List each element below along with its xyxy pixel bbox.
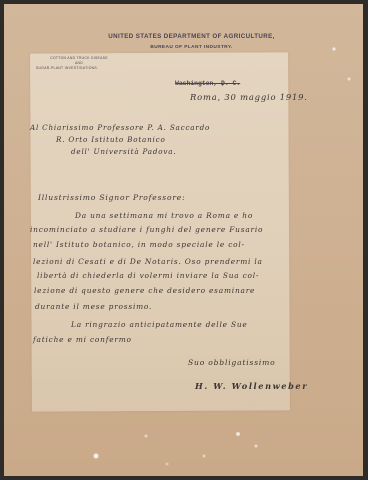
body-line: libertà di chiederla di volermi inviare … bbox=[37, 271, 259, 280]
salutation: Illustrissimo Signor Professore: bbox=[38, 193, 185, 202]
signature: H. W. Wollenweber bbox=[195, 381, 308, 391]
printed-place-comma: , bbox=[221, 80, 225, 87]
closing: Suo obbligatissimo bbox=[188, 358, 276, 367]
department-block: COTTON AND TRUCK DISEASE AND SUGAR-PLANT… bbox=[38, 56, 120, 71]
body-line: nell' Istituto botanico, in modo special… bbox=[33, 240, 245, 249]
addressee-line-3: dell' Università Padova. bbox=[71, 147, 176, 156]
printed-place-struck: Washington, D. C. bbox=[175, 80, 240, 87]
body-line: Da una settimana mi trovo a Roma e ho bbox=[75, 211, 253, 220]
body-line: lezioni di Cesati e di De Notaris. Oso p… bbox=[33, 257, 263, 266]
letterhead: UNITED STATES DEPARTMENT OF AGRICULTURE,… bbox=[0, 33, 368, 50]
letterhead-title: UNITED STATES DEPARTMENT OF AGRICULTURE, bbox=[15, 33, 368, 40]
body-line: incominciato a studiare i funghi del gen… bbox=[30, 225, 263, 234]
addressee-line-1: Al Chiarissimo Professore P. A. Saccardo bbox=[30, 123, 210, 132]
scan-frame: UNITED STATES DEPARTMENT OF AGRICULTURE,… bbox=[0, 0, 368, 480]
letterhead-subtitle: BUREAU OF PLANT INDUSTRY. bbox=[15, 45, 368, 50]
handwritten-date: Roma, 30 maggio 1919. bbox=[190, 92, 308, 102]
addressee-line-2: R. Orto Istituto Botanico bbox=[56, 135, 166, 144]
body-line: fatiche e mi confermo bbox=[33, 335, 132, 344]
body-line: La ringrazio anticipatamente delle Sue bbox=[71, 320, 248, 329]
body-line: lezione di questo genere che desidero es… bbox=[34, 286, 255, 295]
body-line: durante il mese prossimo. bbox=[35, 302, 152, 311]
department-line-3: SUGAR-PLANT INVESTIGATIONS. bbox=[36, 66, 120, 71]
